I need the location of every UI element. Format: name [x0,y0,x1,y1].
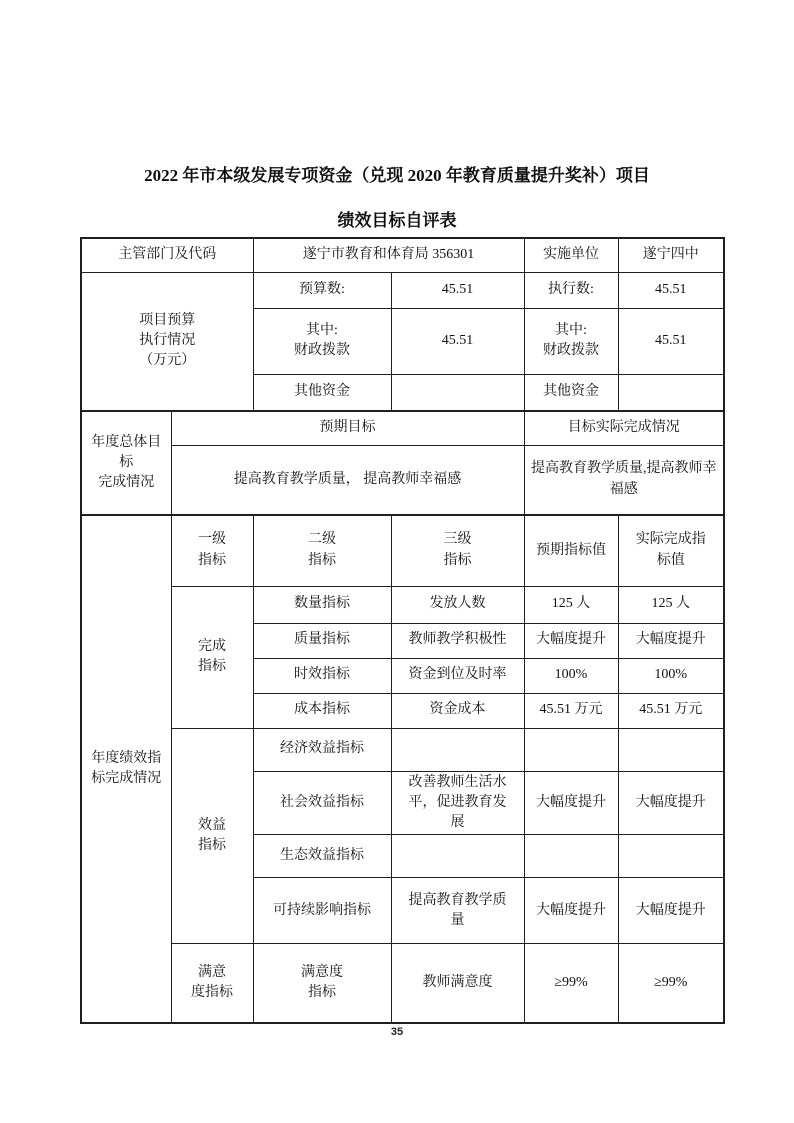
indicator-level3: 资金到位及时率 [391,658,524,693]
indicator-expected: 125 人 [524,586,618,623]
group-label-completion: 完成 指标 [171,586,253,728]
fiscal-appropriation-label-budget: 其中: 财政拨款 [253,308,391,374]
other-funds-budget-value [391,374,524,411]
fiscal-appropriation-budget-value: 45.51 [391,308,524,374]
evaluation-table: 主管部门及代码 遂宁市教育和体育局 356301 实施单位 遂宁四中 项目预算 … [80,237,725,1024]
indicator-actual: ≥99% [618,944,724,1023]
indicator-level3: 资金成本 [391,693,524,728]
expected-goal-text: 提高教育教学质量， 提高教师幸福感 [171,445,524,515]
expected-goal-header: 预期目标 [171,411,524,445]
document-title: 2022 年市本级发展专项资金（兑现 2020 年教育质量提升奖补）项目 绩效目… [0,161,794,231]
table-row: 满意 度指标 满意度 指标 教师满意度 ≥99% ≥99% [81,944,724,1023]
indicator-expected [524,728,618,771]
header-level2: 二级 指标 [253,515,391,586]
group-label-satisfaction: 满意 度指标 [171,944,253,1023]
indicators-section-label: 年度绩效指 标完成情况 [81,515,171,1023]
table-row: 项目预算 执行情况 （万元） 预算数: 45.51 执行数: 45.51 [81,272,724,308]
indicator-actual: 45.51 万元 [618,693,724,728]
table-row: 年度总体目 标 完成情况 预期目标 目标实际完成情况 [81,411,724,445]
fiscal-appropriation-exec-value: 45.51 [618,308,724,374]
indicator-expected: 45.51 万元 [524,693,618,728]
indicator-actual: 大幅度提升 [618,623,724,658]
indicator-expected [524,835,618,878]
actual-goal-text: 提高教育教学质量,提高教师幸福感 [524,445,724,515]
indicator-level2: 质量指标 [253,623,391,658]
impl-unit-label: 实施单位 [524,238,618,272]
indicator-actual [618,728,724,771]
group-label-benefit: 效益 指标 [171,728,253,944]
header-level1: 一级 指标 [171,515,253,586]
document-title-line2: 绩效目标自评表 [0,206,794,231]
table-row: 完成 指标 数量指标 发放人数 125 人 125 人 [81,586,724,623]
indicator-actual [618,835,724,878]
indicator-level3 [391,835,524,878]
indicator-expected: ≥99% [524,944,618,1023]
indicator-level2: 满意度 指标 [253,944,391,1023]
indicator-level3: 教师教学积极性 [391,623,524,658]
indicator-level2: 经济效益指标 [253,728,391,771]
actual-goal-header: 目标实际完成情况 [524,411,724,445]
table-row: 效益 指标 经济效益指标 [81,728,724,771]
dept-code-label: 主管部门及代码 [81,238,253,272]
header-level3: 三级 指标 [391,515,524,586]
indicator-level3: 改善教师生活水 平，促进教育发 展 [391,771,524,835]
indicator-level3: 教师满意度 [391,944,524,1023]
document-title-line1: 2022 年市本级发展专项资金（兑现 2020 年教育质量提升奖补）项目 [0,161,794,186]
indicator-level2: 成本指标 [253,693,391,728]
indicator-expected: 大幅度提升 [524,878,618,944]
indicator-expected: 100% [524,658,618,693]
indicator-actual: 125 人 [618,586,724,623]
indicator-level2: 时效指标 [253,658,391,693]
indicator-expected: 大幅度提升 [524,623,618,658]
document-page: 2022 年市本级发展专项资金（兑现 2020 年教育质量提升奖补）项目 绩效目… [0,0,794,1123]
table-row: 年度绩效指 标完成情况 一级 指标 二级 指标 三级 指标 预期指标值 实际完成… [81,515,724,586]
indicator-actual: 大幅度提升 [618,878,724,944]
header-actual-value: 实际完成指 标值 [618,515,724,586]
indicator-level2: 生态效益指标 [253,835,391,878]
budget-number-label: 预算数: [253,272,391,308]
indicator-level3: 提高教育教学质 量 [391,878,524,944]
fiscal-appropriation-label-exec: 其中: 财政拨款 [524,308,618,374]
execution-number-value: 45.51 [618,272,724,308]
other-funds-label-exec: 其他资金 [524,374,618,411]
indicator-level2: 数量指标 [253,586,391,623]
other-funds-label-budget: 其他资金 [253,374,391,411]
other-funds-exec-value [618,374,724,411]
table-row: 主管部门及代码 遂宁市教育和体育局 356301 实施单位 遂宁四中 [81,238,724,272]
execution-number-label: 执行数: [524,272,618,308]
dept-code-value: 遂宁市教育和体育局 356301 [253,238,524,272]
budget-section-label: 项目预算 执行情况 （万元） [81,272,253,411]
header-expected-value: 预期指标值 [524,515,618,586]
indicator-level3: 发放人数 [391,586,524,623]
indicator-actual: 100% [618,658,724,693]
table-row: 提高教育教学质量， 提高教师幸福感 提高教育教学质量,提高教师幸福感 [81,445,724,515]
indicator-expected: 大幅度提升 [524,771,618,835]
annual-goal-section-label: 年度总体目 标 完成情况 [81,411,171,515]
page-number: 35 [0,1026,794,1038]
indicator-actual: 大幅度提升 [618,771,724,835]
indicator-level2: 可持续影响指标 [253,878,391,944]
indicator-level2: 社会效益指标 [253,771,391,835]
indicator-level3 [391,728,524,771]
impl-unit-value: 遂宁四中 [618,238,724,272]
budget-number-value: 45.51 [391,272,524,308]
